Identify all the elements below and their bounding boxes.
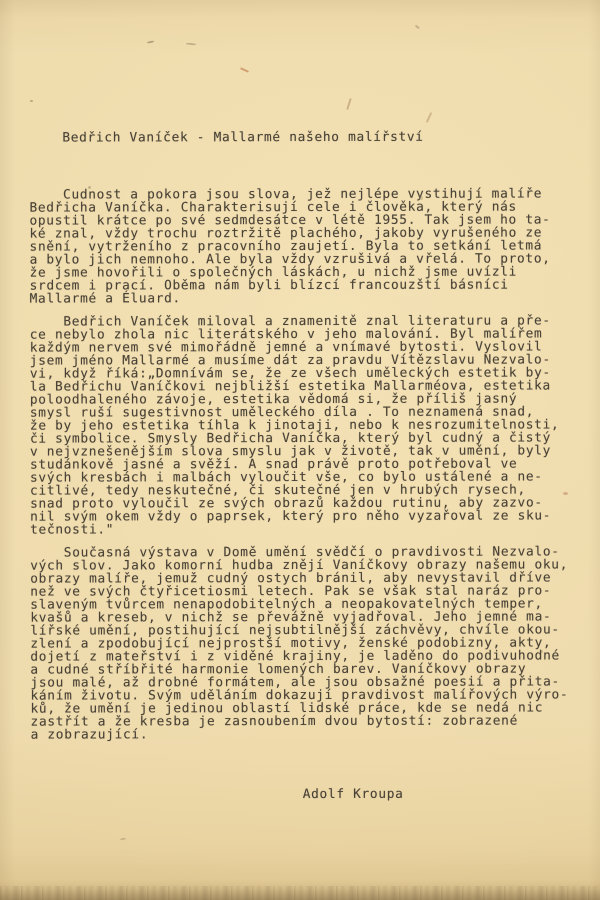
paper-speck: [147, 40, 154, 43]
paper-speck: [426, 112, 432, 123]
document-page: Bedřich Vaníček - Mallarmé našeho malířs…: [0, 0, 600, 900]
paper-speck: [186, 43, 196, 45]
paragraph-3: Současná výstava v Domě umění svědčí o p…: [30, 545, 586, 741]
page-bottom-shadow: [0, 886, 600, 900]
paper-speck: [415, 25, 420, 29]
paper-speck: [30, 100, 33, 102]
signature: Adolf Kroupa: [303, 787, 587, 801]
typewritten-text-block: Bedřich Vaníček - Mallarmé našeho malířs…: [29, 130, 586, 801]
paper-speck: [346, 98, 352, 110]
paper-speck: [240, 67, 249, 72]
document-title: Bedřich Vaníček - Mallarmé našeho malířs…: [62, 130, 585, 144]
paper-speck: [120, 838, 126, 841]
paragraph-1: Cudnost a pokora jsou slova, jež nejlépe…: [29, 187, 585, 305]
paragraph-2: Bedřich Vaníček miloval a znamenitě znal…: [30, 314, 586, 536]
